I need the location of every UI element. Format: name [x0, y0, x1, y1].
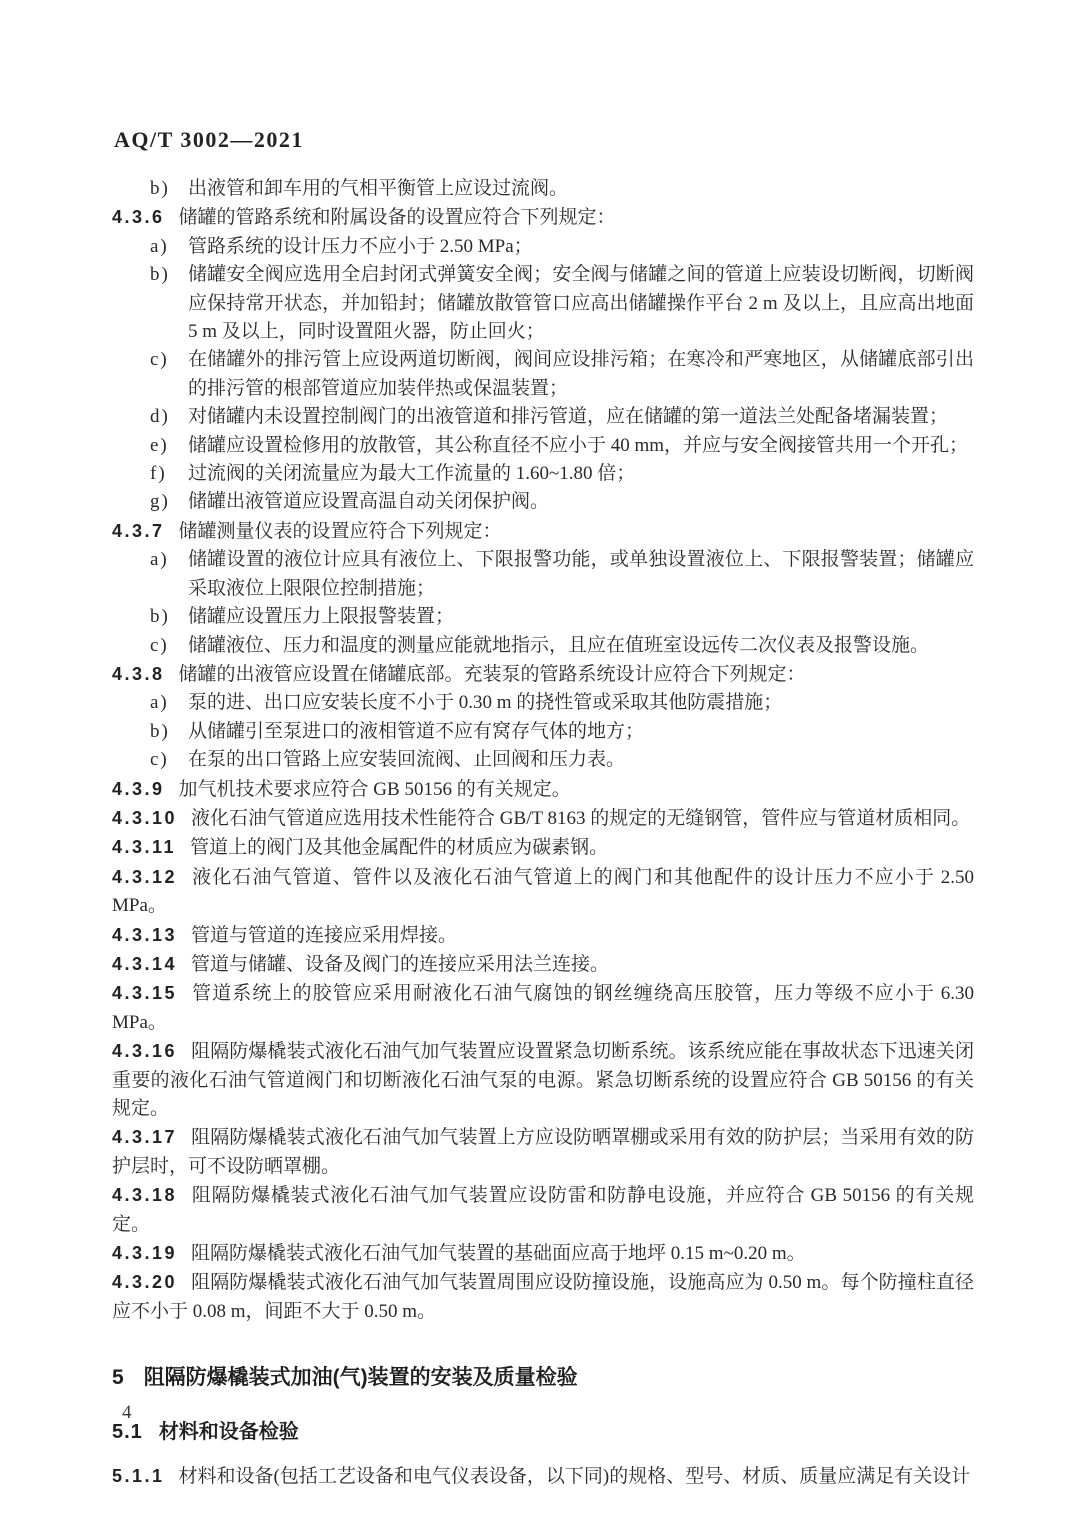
clause-text: 阻隔防爆橇装式液化石油气加气装置应设防雷和防静电设施，并应符合 GB 50156… — [112, 1185, 974, 1234]
clause-number: 4.3.13 — [112, 925, 177, 945]
list-item-a: a)泵的进、出口应安装长度不小于 0.30 m 的挠性管或采取其他防震措施； — [112, 689, 974, 717]
clause-4-3-12: 4.3.12液化石油气管道、管件以及液化石油气管道上的阀门和其他配件的设计压力不… — [112, 863, 974, 921]
clause-5-1-1: 5.1.1材料和设备(包括工艺设备和电气仪表设备，以下同)的规格、型号、材质、质… — [112, 1462, 974, 1491]
item-letter: a) — [150, 546, 169, 574]
clause-number: 5.1 — [112, 1421, 143, 1443]
clause-text: 阻隔防爆橇装式液化石油气加气装置周围应设防撞设施，设施高应为 0.50 m。每个… — [112, 1272, 974, 1321]
clause-number: 4.3.17 — [112, 1127, 177, 1147]
clause-4-3-8: 4.3.8储罐的出液管应设置在储罐底部。充装泵的管路系统设计应符合下列规定： — [112, 660, 974, 689]
clause-number: 4.3.7 — [112, 521, 165, 541]
clause-4-3-6: 4.3.6储罐的管路系统和附属设备的设置应符合下列规定： — [112, 203, 974, 232]
clause-text: 液化石油气管道应选用技术性能符合 GB/T 8163 的规定的无缝钢管，管件应与… — [191, 808, 970, 829]
clause-text: 储罐液位、压力和温度的测量应能就地指示，且应在值班室设远传二次仪表及报警设施。 — [188, 635, 929, 656]
item-letter: f) — [150, 460, 167, 488]
clause-number: 4.3.9 — [112, 779, 165, 799]
item-letter: b) — [150, 603, 170, 631]
item-letter: b) — [150, 261, 170, 289]
item-letter: c) — [150, 632, 169, 660]
clause-text: 从储罐引至泵进口的液相管道不应有窝存气体的地方； — [188, 721, 644, 742]
clause-text: 出液管和卸车用的气相平衡管上应设过流阀。 — [188, 178, 568, 199]
item-letter: a) — [150, 233, 169, 261]
heading-text: 阻隔防爆橇装式加油(气)装置的安装及质量检验 — [144, 1366, 578, 1389]
list-item-e: e)储罐应设置检修用的放散管，其公称直径不应小于 40 mm，并应与安全阀接管共… — [112, 432, 974, 460]
list-item-b: b)储罐安全阀应选用全启封闭式弹簧安全阀；安全阀与储罐之间的管道上应装设切断阀，… — [112, 261, 974, 346]
clause-4-3-18: 4.3.18阻隔防爆橇装式液化石油气加气装置应设防雷和防静电设施，并应符合 GB… — [112, 1181, 974, 1239]
clause-number: 4.3.19 — [112, 1243, 177, 1263]
clause-text: 储罐测量仪表的设置应符合下列规定： — [179, 521, 502, 542]
clause-text: 过流阀的关闭流量应为最大工作流量的 1.60~1.80 倍； — [188, 463, 635, 484]
clause-number: 4.3.16 — [112, 1041, 177, 1061]
list-item-a: a)管路系统的设计压力不应小于 2.50 MPa； — [112, 233, 974, 261]
clause-text: 储罐设置的液位计应具有液位上、下限报警功能，或单独设置液位上、下限报警装置；储罐… — [188, 549, 974, 598]
clause-text: 在泵的出口管路上应安装回流阀、止回阀和压力表。 — [188, 749, 625, 770]
clause-number: 4.3.20 — [112, 1272, 177, 1292]
clause-number: 4.3.11 — [112, 837, 176, 857]
clause-4-3-19: 4.3.19阻隔防爆橇装式液化石油气加气装置的基础面应高于地坪 0.15 m~0… — [112, 1239, 974, 1268]
clause-4-3-20: 4.3.20阻隔防爆橇装式液化石油气加气装置周围应设防撞设施，设施高应为 0.5… — [112, 1268, 974, 1326]
clause-number: 4.3.15 — [112, 983, 177, 1003]
clause-text: 阻隔防爆橇装式液化石油气加气装置的基础面应高于地坪 0.15 m~0.20 m。 — [191, 1243, 806, 1264]
heading-text: 材料和设备检验 — [159, 1421, 299, 1443]
clause-4-3-9: 4.3.9加气机技术要求应符合 GB 50156 的有关规定。 — [112, 775, 974, 804]
clause-number: 4.3.18 — [112, 1185, 177, 1205]
list-item-b: b)储罐应设置压力上限报警装置； — [112, 603, 974, 631]
list-item-a: a)储罐设置的液位计应具有液位上、下限报警功能，或单独设置液位上、下限报警装置；… — [112, 546, 974, 603]
clause-text: 对储罐内未设置控制阀门的出液管道和排污管道，应在储罐的第一道法兰处配备堵漏装置； — [188, 406, 948, 427]
list-item-f: f)过流阀的关闭流量应为最大工作流量的 1.60~1.80 倍； — [112, 460, 974, 488]
clause-text: 储罐出液管道应设置高温自动关闭保护阀。 — [188, 491, 549, 512]
clause-text: 阻隔防爆橇装式液化石油气加气装置应设置紧急切断系统。该系统应能在事故状态下迅速关… — [112, 1041, 974, 1119]
list-item-b: b)从储罐引至泵进口的液相管道不应有窝存气体的地方； — [112, 718, 974, 746]
list-item-b: b)出液管和卸车用的气相平衡管上应设过流阀。 — [112, 175, 974, 203]
clause-text: 储罐的出液管应设置在储罐底部。充装泵的管路系统设计应符合下列规定： — [179, 664, 806, 685]
clause-number: 5 — [112, 1366, 124, 1389]
clause-text: 在储罐外的排污管上应设两道切断阀，阀间应设排污箱；在寒冷和严寒地区，从储罐底部引… — [188, 349, 974, 398]
clause-text: 管道系统上的胶管应采用耐液化石油气腐蚀的钢丝缠绕高压胶管，压力等级不应小于 6.… — [112, 983, 974, 1032]
item-letter: b) — [150, 175, 170, 203]
clause-text: 储罐应设置压力上限报警装置； — [188, 606, 454, 627]
clause-4-3-10: 4.3.10液化石油气管道应选用技术性能符合 GB/T 8163 的规定的无缝钢… — [112, 804, 974, 833]
document-page: AQ/T 3002—2021 b)出液管和卸车用的气相平衡管上应设过流阀。4.3… — [0, 0, 1080, 1527]
clause-text: 液化石油气管道、管件以及液化石油气管道上的阀门和其他配件的设计压力不应小于 2.… — [112, 867, 974, 916]
list-item-c: c)储罐液位、压力和温度的测量应能就地指示，且应在值班室设远传二次仪表及报警设施… — [112, 632, 974, 660]
clause-4-3-13: 4.3.13管道与管道的连接应采用焊接。 — [112, 921, 974, 950]
clause-text: 储罐安全阀应选用全启封闭式弹簧安全阀；安全阀与储罐之间的管道上应装设切断阀，切断… — [188, 264, 974, 342]
clause-number: 5.1.1 — [112, 1466, 165, 1486]
clause-text: 储罐应设置检修用的放散管，其公称直径不应小于 40 mm，并应与安全阀接管共用一… — [188, 435, 968, 456]
item-letter: b) — [150, 718, 170, 746]
item-letter: c) — [150, 746, 169, 774]
clause-4-3-15: 4.3.15管道系统上的胶管应采用耐液化石油气腐蚀的钢丝缠绕高压胶管，压力等级不… — [112, 979, 974, 1037]
item-letter: e) — [150, 432, 169, 460]
clause-text: 管道上的阀门及其他金属配件的材质应为碳素钢。 — [190, 837, 608, 858]
clause-text: 管道与管道的连接应采用焊接。 — [191, 925, 457, 946]
item-letter: d) — [150, 403, 170, 431]
clause-number: 4.3.6 — [112, 207, 165, 227]
document-body: b)出液管和卸车用的气相平衡管上应设过流阀。4.3.6储罐的管路系统和附属设备的… — [112, 175, 974, 1492]
clause-4-3-7: 4.3.7储罐测量仪表的设置应符合下列规定： — [112, 517, 974, 546]
clause-text: 泵的进、出口应安装长度不小于 0.30 m 的挠性管或采取其他防震措施； — [188, 692, 782, 713]
clause-4-3-16: 4.3.16阻隔防爆橇装式液化石油气加气装置应设置紧急切断系统。该系统应能在事故… — [112, 1037, 974, 1123]
clause-text: 材料和设备(包括工艺设备和电气仪表设备，以下同)的规格、型号、材质、质量应满足有… — [179, 1466, 971, 1487]
clause-number: 4.3.14 — [112, 954, 177, 974]
section-heading-5-1: 5.1材料和设备检验 — [112, 1417, 974, 1447]
list-item-d: d)对储罐内未设置控制阀门的出液管道和排污管道，应在储罐的第一道法兰处配备堵漏装… — [112, 403, 974, 431]
clause-4-3-17: 4.3.17阻隔防爆橇装式液化石油气加气装置上方应设防晒罩棚或采用有效的防护层；… — [112, 1123, 974, 1181]
section-heading-5: 5阻隔防爆橇装式加油(气)装置的安装及质量检验 — [112, 1363, 974, 1393]
clause-4-3-11: 4.3.11管道上的阀门及其他金属配件的材质应为碳素钢。 — [112, 833, 974, 862]
list-item-g: g)储罐出液管道应设置高温自动关闭保护阀。 — [112, 488, 974, 516]
list-item-c: c)在储罐外的排污管上应设两道切断阀，阀间应设排污箱；在寒冷和严寒地区，从储罐底… — [112, 346, 974, 403]
page-number: 4 — [122, 1402, 132, 1424]
clause-text: 管路系统的设计压力不应小于 2.50 MPa； — [188, 236, 533, 257]
clause-number: 4.3.12 — [112, 867, 177, 887]
item-letter: g) — [150, 488, 170, 516]
clause-text: 加气机技术要求应符合 GB 50156 的有关规定。 — [179, 779, 571, 800]
item-letter: c) — [150, 346, 169, 374]
list-item-c: c)在泵的出口管路上应安装回流阀、止回阀和压力表。 — [112, 746, 974, 774]
clause-4-3-14: 4.3.14管道与储罐、设备及阀门的连接应采用法兰连接。 — [112, 950, 974, 979]
standard-number-header: AQ/T 3002—2021 — [114, 127, 304, 153]
clause-text: 阻隔防爆橇装式液化石油气加气装置上方应设防晒罩棚或采用有效的防护层；当采用有效的… — [112, 1127, 974, 1176]
item-letter: a) — [150, 689, 169, 717]
clause-number: 4.3.10 — [112, 808, 177, 828]
clause-text: 管道与储罐、设备及阀门的连接应采用法兰连接。 — [191, 954, 609, 975]
clause-number: 4.3.8 — [112, 664, 165, 684]
clause-text: 储罐的管路系统和附属设备的设置应符合下列规定： — [179, 207, 616, 228]
